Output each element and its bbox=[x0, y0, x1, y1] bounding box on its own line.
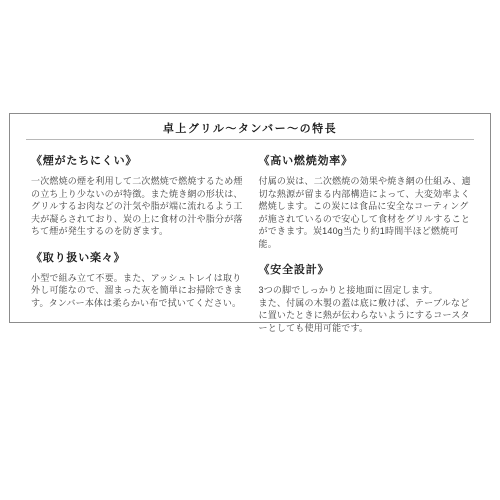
feature-heading-easy-handling: 《取り扱い楽々》 bbox=[31, 249, 249, 265]
feature-panel: 卓上グリル～タンバー～の特長 《煙がたちにくい》 一次燃焼の煙を利用して二次燃焼… bbox=[9, 113, 491, 323]
feature-heading-low-smoke: 《煙がたちにくい》 bbox=[31, 152, 249, 168]
feature-columns: 《煙がたちにくい》 一次燃焼の煙を利用して二次燃焼で燃焼するため煙の立ち上り少な… bbox=[10, 140, 490, 334]
feature-section-low-smoke: 《煙がたちにくい》 一次燃焼の煙を利用して二次燃焼で燃焼するため煙の立ち上り少な… bbox=[31, 152, 249, 238]
left-column: 《煙がたちにくい》 一次燃焼の煙を利用して二次燃焼で燃焼するため煙の立ち上り少な… bbox=[31, 140, 249, 334]
panel-header: 卓上グリル～タンバー～の特長 bbox=[26, 114, 474, 140]
feature-body-combustion-efficiency: 付属の炭は、二次燃焼の効果や焼き網の仕組み、適切な熱源が留まる内部構造によって、… bbox=[259, 175, 477, 250]
feature-body-safety-design: 3つの脚でしっかりと接地面に固定します。 また、付属の木製の蓋は底に敷けば、テー… bbox=[259, 284, 477, 334]
feature-section-combustion-efficiency: 《高い燃焼効率》 付属の炭は、二次燃焼の効果や焼き網の仕組み、適切な熱源が留まる… bbox=[259, 152, 477, 250]
feature-body-low-smoke: 一次燃焼の煙を利用して二次燃焼で燃焼するため煙の立ち上り少ないのが特徴。また焼き… bbox=[31, 175, 249, 238]
feature-heading-safety-design: 《安全設計》 bbox=[259, 261, 477, 277]
feature-body-easy-handling: 小型で組み立て不要。また、アッシュトレイは取り外し可能なので、溜まった灰を簡単に… bbox=[31, 272, 249, 310]
feature-heading-combustion-efficiency: 《高い燃焼効率》 bbox=[259, 152, 477, 168]
feature-section-safety-design: 《安全設計》 3つの脚でしっかりと接地面に固定します。 また、付属の木製の蓋は底… bbox=[259, 261, 477, 334]
feature-section-easy-handling: 《取り扱い楽々》 小型で組み立て不要。また、アッシュトレイは取り外し可能なので、… bbox=[31, 249, 249, 310]
right-column: 《高い燃焼効率》 付属の炭は、二次燃焼の効果や焼き網の仕組み、適切な熱源が留まる… bbox=[259, 140, 477, 334]
panel-title: 卓上グリル～タンバー～の特長 bbox=[26, 114, 474, 139]
